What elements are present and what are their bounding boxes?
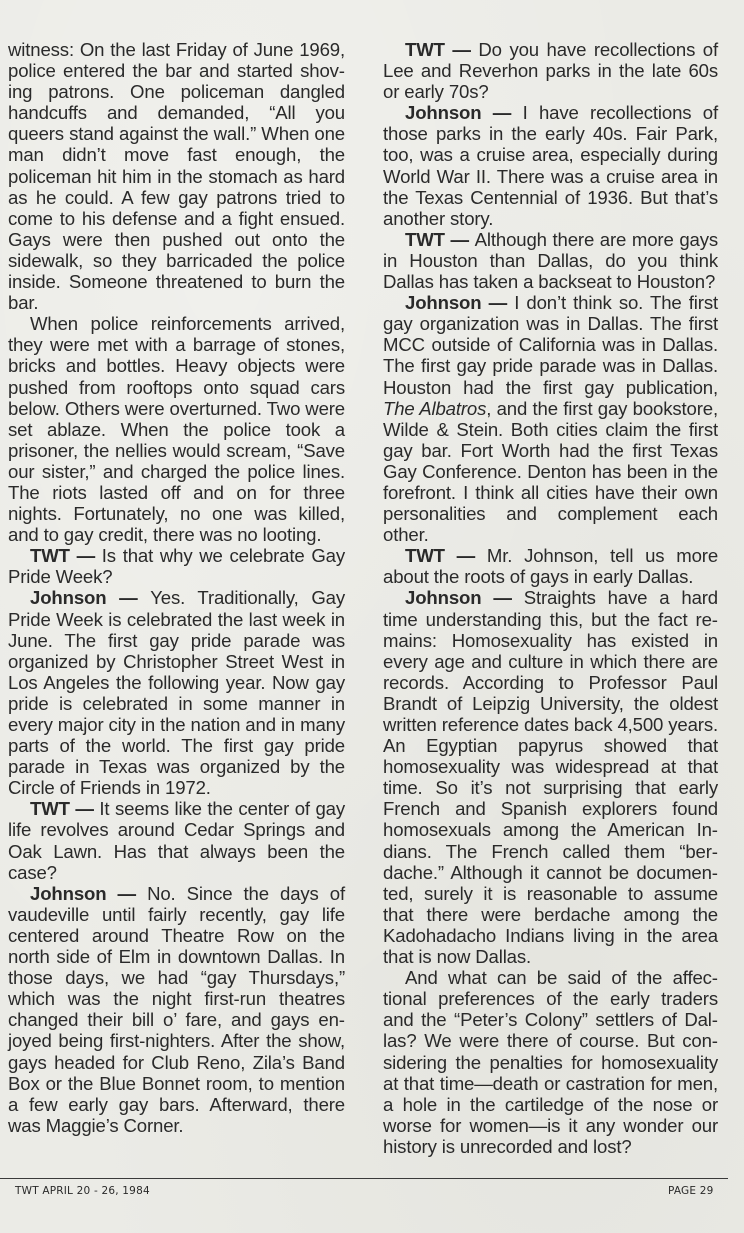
speaker-label: Johnson: [30, 587, 106, 608]
left-column: witness: On the last Friday of June 1969…: [8, 39, 345, 1136]
paragraph-text: When police reinforcements arrived, they…: [8, 313, 345, 545]
em-dash: —: [70, 798, 100, 819]
speaker-label: TWT: [405, 545, 445, 566]
qa-question: TWT — Although there are more gays in Ho…: [383, 229, 718, 292]
speaker-label: Johnson: [405, 102, 481, 123]
qa-answer: Johnson — No. Since the days of vaudevil…: [8, 883, 345, 1136]
qa-answer: Johnson — Straights have a hard time und…: [383, 587, 718, 967]
em-dash: —: [445, 229, 475, 250]
em-dash: —: [445, 545, 487, 566]
paragraph-stonewall-account: witness: On the last Friday of June 1969…: [8, 39, 345, 313]
magazine-page: witness: On the last Friday of June 1969…: [0, 0, 744, 1233]
speaker-label: TWT: [405, 229, 445, 250]
footer-divider: [0, 1178, 728, 1179]
em-dash: —: [106, 587, 150, 608]
em-dash: —: [106, 883, 147, 904]
qa-question: TWT — Do you have recollections of Lee a…: [383, 39, 718, 102]
speaker-label: Johnson: [405, 587, 481, 608]
footer-page-number: PAGE 29: [668, 1185, 714, 1197]
paragraph-police-reinforcements: When police reinforcements arrived, they…: [8, 313, 345, 545]
paragraph-early-settlers: And what can be said of the affec­tional…: [383, 967, 718, 1157]
em-dash: —: [481, 292, 514, 313]
em-dash: —: [445, 39, 479, 60]
qa-question: TWT — Is that why we celebrate Gay Pride…: [8, 545, 345, 587]
answer-text: No. Since the days of vaudeville until f…: [8, 883, 345, 1136]
qa-answer: Johnson — I don’t think so. The first ga…: [383, 292, 718, 545]
answer-text: Straights have a hard time understanding…: [383, 587, 718, 967]
speaker-label: Johnson: [30, 883, 106, 904]
speaker-label: TWT: [30, 798, 70, 819]
qa-question: TWT — It seems like the center of gay li…: [8, 798, 345, 882]
answer-text-continued: , and the first gay book­store, Wilde & …: [383, 398, 718, 546]
em-dash: —: [70, 545, 102, 566]
paragraph-text: witness: On the last Friday of June 1969…: [8, 39, 345, 313]
answer-text: Yes. Traditionally, Gay Pride Week is ce…: [8, 587, 345, 798]
footer-publication-date: TWT APRIL 20 - 26, 1984: [15, 1185, 150, 1197]
em-dash: —: [481, 102, 522, 123]
qa-answer: Johnson — I have recollections of those …: [383, 102, 718, 229]
publication-title: The Albatros: [383, 398, 486, 419]
right-column: TWT — Do you have recollections of Lee a…: [383, 39, 718, 1157]
speaker-label: TWT: [30, 545, 70, 566]
paragraph-text: And what can be said of the affec­tional…: [383, 967, 718, 1157]
qa-answer: Johnson — Yes. Traditionally, Gay Pride …: [8, 587, 345, 798]
speaker-label: Johnson: [405, 292, 481, 313]
qa-question: TWT — Mr. Johnson, tell us more about th…: [383, 545, 718, 587]
speaker-label: TWT: [405, 39, 445, 60]
em-dash: —: [481, 587, 523, 608]
